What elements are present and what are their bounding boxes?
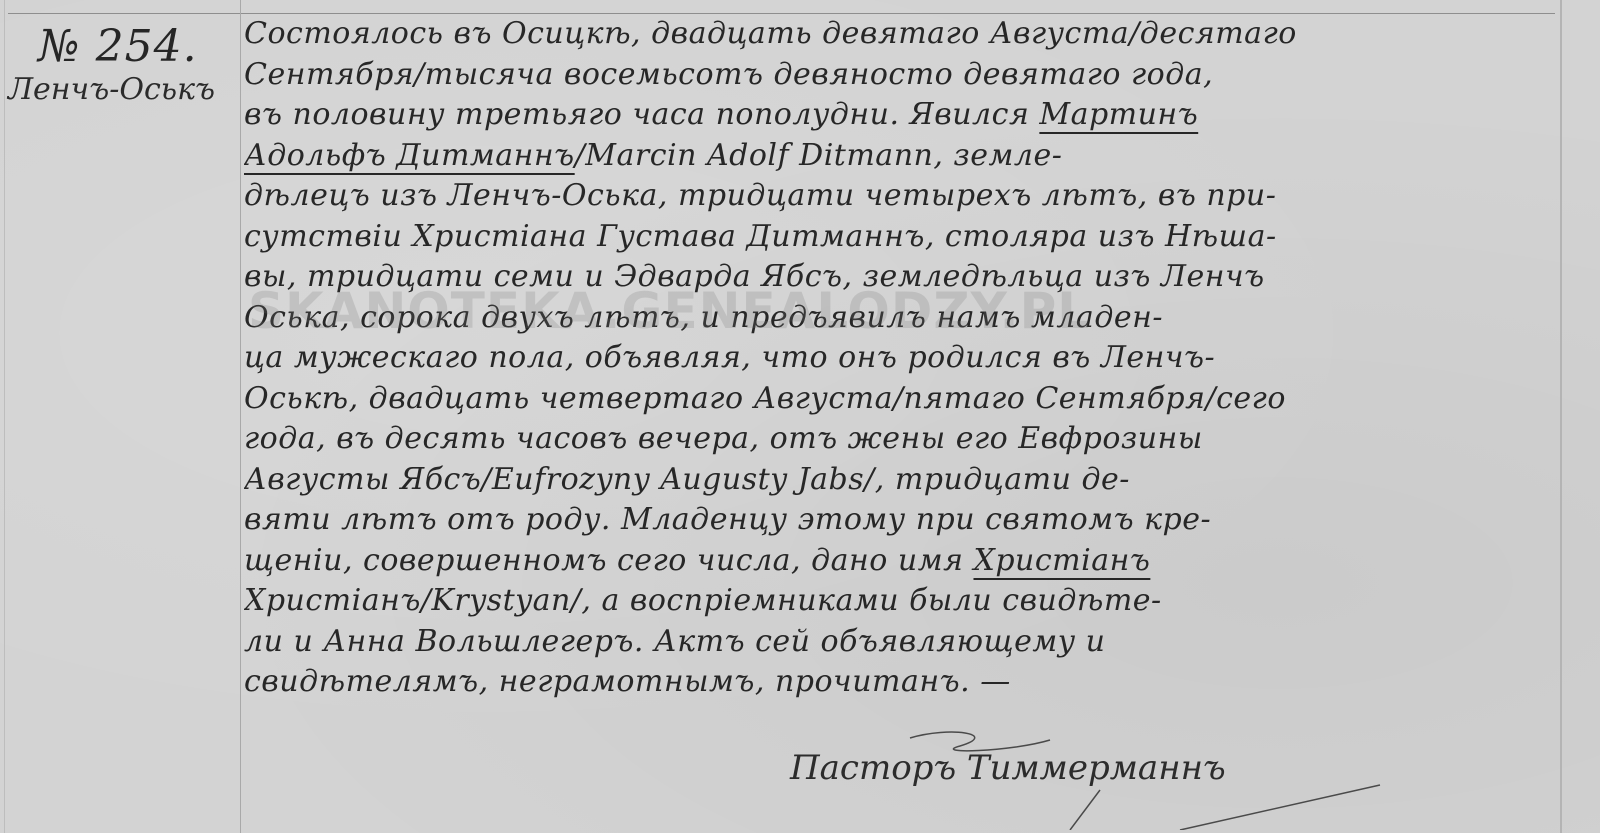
underlined-name: Адольфъ Дитманнъ <box>244 138 575 173</box>
record-line: свидѣтелямъ, неграмотнымъ, прочитанъ. — <box>244 662 1564 703</box>
record-line: Адольфъ Дитманнъ/Marcin Adolf Ditmann, з… <box>244 136 1564 177</box>
record-line: Сентября/тысяча восемьсотъ девяносто дев… <box>244 55 1564 96</box>
margin-ruled-line <box>240 0 241 833</box>
record-line: дѣлецъ изъ Ленчъ-Оська, тридцати четырех… <box>244 176 1564 217</box>
record-number: № 254. <box>8 22 240 72</box>
record-line: Оськѣ, двадцать четвертаго Августа/пятаг… <box>244 379 1564 420</box>
record-line: сутствіи Христіана Густава Дитманнъ, сто… <box>244 217 1564 258</box>
record-body: Состоялось въ Осицкѣ, двадцать девятаго … <box>244 14 1564 703</box>
record-line: ца мужескаго пола, объявляя, что онъ род… <box>244 338 1564 379</box>
record-line: вы, тридцати семи и Эдварда Ябсъ, землед… <box>244 257 1564 298</box>
margin-column: № 254. Ленчъ-Оськъ <box>8 22 240 108</box>
pastor-signature: Пасторъ Тиммерманнъ <box>790 748 1226 788</box>
record-line: ли и Анна Вольшлегеръ. Актъ сей объявляю… <box>244 622 1564 663</box>
record-line: щеніи, совершенномъ сего числа, дано имя… <box>244 541 1564 582</box>
record-line: вяти лѣтъ отъ роду. Младенцу этому при с… <box>244 500 1564 541</box>
underlined-name: Христіанъ <box>973 543 1150 578</box>
page-left-edge <box>4 0 5 833</box>
record-place: Ленчъ-Оськъ <box>8 72 240 108</box>
record-line: Состоялось въ Осицкѣ, двадцать девятаго … <box>244 14 1564 55</box>
record-line: Христіанъ/Krystyan/, а воспріемниками бы… <box>244 581 1564 622</box>
record-line: въ половину третьяго часа пополудни. Яви… <box>244 95 1564 136</box>
underlined-name: Мартинъ <box>1039 97 1198 132</box>
record-line: года, въ десять часовъ вечера, отъ жены … <box>244 419 1564 460</box>
scanned-record-page: № 254. Ленчъ-Оськъ Состоялось въ Осицкѣ,… <box>0 0 1600 833</box>
record-line: Августы Ябсъ/Eufrozyny Augusty Jabs/, тр… <box>244 460 1564 501</box>
record-line: Оська, сорока двухъ лѣтъ, и предъявилъ н… <box>244 298 1564 339</box>
